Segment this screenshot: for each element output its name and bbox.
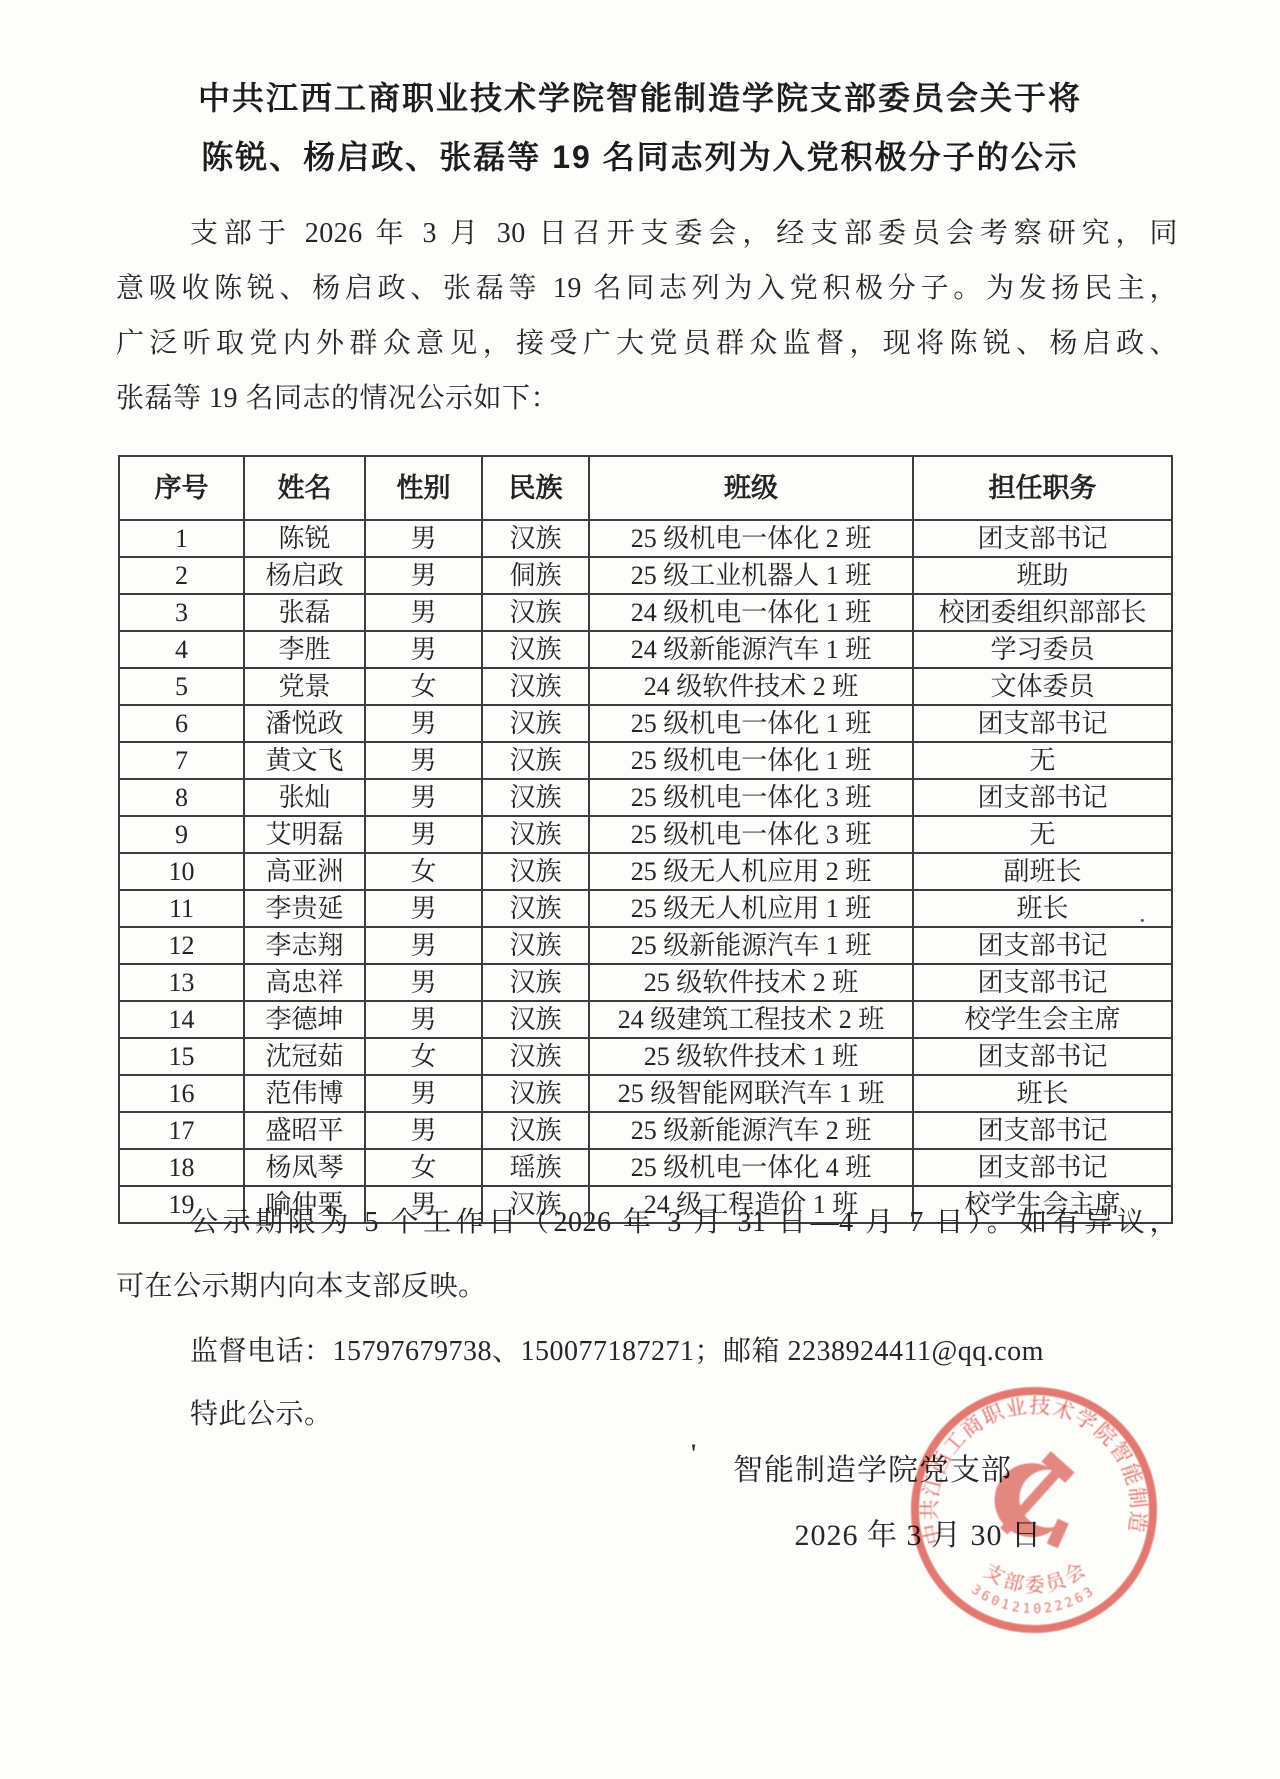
table-cell: 汉族 bbox=[482, 631, 589, 668]
table-cell: 25 级工业机器人 1 班 bbox=[589, 557, 913, 594]
table-cell: 男 bbox=[365, 520, 482, 557]
signature-date: 2026 年 3 月 30 日 bbox=[795, 1521, 1043, 1551]
table-cell: 1 bbox=[119, 520, 244, 557]
table-cell: 汉族 bbox=[482, 742, 589, 779]
table-cell: 男 bbox=[365, 964, 482, 1001]
table-cell: 男 bbox=[365, 1075, 482, 1112]
table-cell: 李德坤 bbox=[244, 1001, 365, 1038]
table-cell: 汉族 bbox=[482, 1075, 589, 1112]
table-cell: 团支部书记 bbox=[913, 1112, 1172, 1149]
table-cell: 副班长 bbox=[913, 853, 1172, 890]
table-cell: 男 bbox=[365, 705, 482, 742]
table-cell: 24 级新能源汽车 1 班 bbox=[589, 631, 913, 668]
table-cell: 25 级机电一体化 1 班 bbox=[589, 705, 913, 742]
table-cell: 25 级新能源汽车 1 班 bbox=[589, 927, 913, 964]
table-cell: 汉族 bbox=[482, 964, 589, 1001]
table-row: 14李德坤男汉族24 级建筑工程技术 2 班校学生会主席 bbox=[119, 1001, 1172, 1038]
table-cell: 25 级机电一体化 3 班 bbox=[589, 779, 913, 816]
body-paragraph-line: 支部于 2026 年 3 月 30 日召开支委会，经支部委员会考察研究，同 bbox=[116, 216, 1178, 251]
table-cell: 女 bbox=[365, 853, 482, 890]
table-cell: 无 bbox=[913, 816, 1172, 853]
table-cell: 团支部书记 bbox=[913, 779, 1172, 816]
table-cell: 团支部书记 bbox=[913, 1149, 1172, 1186]
table-cell: 25 级无人机应用 2 班 bbox=[589, 853, 913, 890]
table-cell: 汉族 bbox=[482, 594, 589, 631]
table-cell: 12 bbox=[119, 927, 244, 964]
table-cell: 25 级智能网联汽车 1 班 bbox=[589, 1075, 913, 1112]
roster-table-body: 1陈锐男汉族25 级机电一体化 2 班团支部书记2杨启政男侗族25 级工业机器人… bbox=[119, 520, 1172, 1223]
table-row: 13高忠祥男汉族25 级软件技术 2 班团支部书记 bbox=[119, 964, 1172, 1001]
table-cell: 男 bbox=[365, 1112, 482, 1149]
table-row: 1陈锐男汉族25 级机电一体化 2 班团支部书记 bbox=[119, 520, 1172, 557]
table-cell: 13 bbox=[119, 964, 244, 1001]
table-cell: 汉族 bbox=[482, 1038, 589, 1075]
table-cell: 汉族 bbox=[482, 705, 589, 742]
table-cell: 校团委组织部部长 bbox=[913, 594, 1172, 631]
table-cell: 瑶族 bbox=[482, 1149, 589, 1186]
table-cell: 25 级软件技术 2 班 bbox=[589, 964, 913, 1001]
table-header-cell: 民族 bbox=[482, 456, 589, 520]
table-cell: 沈冠茹 bbox=[244, 1038, 365, 1075]
table-cell: 班长 bbox=[913, 890, 1172, 927]
table-cell: 盛昭平 bbox=[244, 1112, 365, 1149]
table-header-row: 序号姓名性别民族班级担任职务 bbox=[119, 456, 1172, 520]
table-cell: 25 级机电一体化 4 班 bbox=[589, 1149, 913, 1186]
table-cell: 汉族 bbox=[482, 816, 589, 853]
page-title-line-1: 中共江西工商职业技术学院智能制造学院支部委员会关于将 bbox=[0, 82, 1280, 114]
table-header-cell: 班级 bbox=[589, 456, 913, 520]
table-cell: 4 bbox=[119, 631, 244, 668]
table-cell: 汉族 bbox=[482, 1001, 589, 1038]
table-cell: 汉族 bbox=[482, 520, 589, 557]
table-cell: 7 bbox=[119, 742, 244, 779]
table-cell: 24 级建筑工程技术 2 班 bbox=[589, 1001, 913, 1038]
table-cell: 陈锐 bbox=[244, 520, 365, 557]
table-row: 17盛昭平男汉族25 级新能源汽车 2 班团支部书记 bbox=[119, 1112, 1172, 1149]
table-cell: 汉族 bbox=[482, 1112, 589, 1149]
scanned-announcement-page: 中共江西工商职业技术学院智能制造学院支部委员会关于将 陈锐、杨启政、张磊等 19… bbox=[0, 0, 1280, 1779]
table-cell: 校学生会主席 bbox=[913, 1001, 1172, 1038]
table-cell: 25 级无人机应用 1 班 bbox=[589, 890, 913, 927]
table-cell: 男 bbox=[365, 594, 482, 631]
table-cell: 男 bbox=[365, 890, 482, 927]
table-cell: 汉族 bbox=[482, 853, 589, 890]
table-cell: 团支部书记 bbox=[913, 705, 1172, 742]
hereby-line: 特此公示。 bbox=[116, 1397, 1178, 1432]
table-cell: 张灿 bbox=[244, 779, 365, 816]
table-row: 15沈冠茹女汉族25 级软件技术 1 班团支部书记 bbox=[119, 1038, 1172, 1075]
body-paragraph-line: 意吸收陈锐、杨启政、张磊等 19 名同志列为入党积极分子。为发扬民主， bbox=[116, 271, 1178, 306]
table-cell: 3 bbox=[119, 594, 244, 631]
table-cell: 男 bbox=[365, 927, 482, 964]
scan-artifact-dot: · bbox=[1138, 908, 1147, 934]
table-cell: 25 级新能源汽车 2 班 bbox=[589, 1112, 913, 1149]
table-row: 16范伟博男汉族25 级智能网联汽车 1 班班长 bbox=[119, 1075, 1172, 1112]
table-cell: 李胜 bbox=[244, 631, 365, 668]
table-row: 10高亚洲女汉族25 级无人机应用 2 班副班长 bbox=[119, 853, 1172, 890]
table-cell: 女 bbox=[365, 668, 482, 705]
table-cell: 女 bbox=[365, 1149, 482, 1186]
table-cell: 侗族 bbox=[482, 557, 589, 594]
table-cell: 高亚洲 bbox=[244, 853, 365, 890]
contact-line: 监督电话：15797679738、150077187271；邮箱 2238924… bbox=[116, 1334, 1178, 1369]
table-row: 11李贵延男汉族25 级无人机应用 1 班班长 bbox=[119, 890, 1172, 927]
table-cell: 25 级机电一体化 3 班 bbox=[589, 816, 913, 853]
page-title-line-2: 陈锐、杨启政、张磊等 19 名同志列为入党积极分子的公示 bbox=[0, 141, 1280, 173]
table-cell: 24 级软件技术 2 班 bbox=[589, 668, 913, 705]
table-cell: 无 bbox=[913, 742, 1172, 779]
table-cell: 8 bbox=[119, 779, 244, 816]
table-cell: 2 bbox=[119, 557, 244, 594]
closing-period-line-2: 可在公示期内向本支部反映。 bbox=[116, 1269, 1178, 1304]
table-row: 5党景女汉族24 级软件技术 2 班文体委员 bbox=[119, 668, 1172, 705]
table-cell: 团支部书记 bbox=[913, 1038, 1172, 1075]
table-cell: 汉族 bbox=[482, 668, 589, 705]
table-cell: 25 级软件技术 1 班 bbox=[589, 1038, 913, 1075]
table-cell: 班长 bbox=[913, 1075, 1172, 1112]
table-cell: 6 bbox=[119, 705, 244, 742]
table-row: 2杨启政男侗族25 级工业机器人 1 班班助 bbox=[119, 557, 1172, 594]
table-row: 12李志翔男汉族25 级新能源汽车 1 班团支部书记 bbox=[119, 927, 1172, 964]
body-paragraph-line: 张磊等 19 名同志的情况公示如下： bbox=[116, 381, 1178, 416]
table-cell: 25 级机电一体化 2 班 bbox=[589, 520, 913, 557]
table-cell: 男 bbox=[365, 631, 482, 668]
table-cell: 高忠祥 bbox=[244, 964, 365, 1001]
table-header-cell: 性别 bbox=[365, 456, 482, 520]
table-cell: 14 bbox=[119, 1001, 244, 1038]
table-row: 9艾明磊男汉族25 级机电一体化 3 班无 bbox=[119, 816, 1172, 853]
table-cell: 范伟博 bbox=[244, 1075, 365, 1112]
table-cell: 潘悦政 bbox=[244, 705, 365, 742]
table-cell: 9 bbox=[119, 816, 244, 853]
table-cell: 17 bbox=[119, 1112, 244, 1149]
seal-banner-text: 支部委员会 bbox=[980, 1557, 1092, 1598]
table-cell: 团支部书记 bbox=[913, 520, 1172, 557]
table-header-cell: 姓名 bbox=[244, 456, 365, 520]
table-cell: 5 bbox=[119, 668, 244, 705]
table-cell: 男 bbox=[365, 742, 482, 779]
table-cell: 艾明磊 bbox=[244, 816, 365, 853]
table-cell: 男 bbox=[365, 779, 482, 816]
table-cell: 11 bbox=[119, 890, 244, 927]
table-cell: 18 bbox=[119, 1149, 244, 1186]
table-cell: 10 bbox=[119, 853, 244, 890]
table-cell: 黄文飞 bbox=[244, 742, 365, 779]
table-cell: 女 bbox=[365, 1038, 482, 1075]
table-cell: 25 级机电一体化 1 班 bbox=[589, 742, 913, 779]
table-cell: 杨凤琴 bbox=[244, 1149, 365, 1186]
table-cell: 15 bbox=[119, 1038, 244, 1075]
table-cell: 班助 bbox=[913, 557, 1172, 594]
table-cell: 男 bbox=[365, 1001, 482, 1038]
table-cell: 汉族 bbox=[482, 779, 589, 816]
scan-artifact-apostrophe: ' bbox=[690, 1441, 697, 1467]
table-cell: 男 bbox=[365, 557, 482, 594]
table-cell: 张磊 bbox=[244, 594, 365, 631]
table-cell: 男 bbox=[365, 816, 482, 853]
table-cell: 汉族 bbox=[482, 927, 589, 964]
table-row: 4李胜男汉族24 级新能源汽车 1 班学习委员 bbox=[119, 631, 1172, 668]
table-header-cell: 担任职务 bbox=[913, 456, 1172, 520]
table-row: 6潘悦政男汉族25 级机电一体化 1 班团支部书记 bbox=[119, 705, 1172, 742]
table-row: 7黄文飞男汉族25 级机电一体化 1 班无 bbox=[119, 742, 1172, 779]
table-cell: 文体委员 bbox=[913, 668, 1172, 705]
table-cell: 杨启政 bbox=[244, 557, 365, 594]
table-cell: 团支部书记 bbox=[913, 927, 1172, 964]
table-cell: 16 bbox=[119, 1075, 244, 1112]
table-row: 3张磊男汉族24 级机电一体化 1 班校团委组织部部长 bbox=[119, 594, 1172, 631]
table-cell: 李贵延 bbox=[244, 890, 365, 927]
table-cell: 团支部书记 bbox=[913, 964, 1172, 1001]
table-row: 18杨凤琴女瑶族25 级机电一体化 4 班团支部书记 bbox=[119, 1149, 1172, 1186]
closing-period-line-1: 公示期限为 5 个工作日（2026 年 3 月 31 日—4 月 7 日）。如有… bbox=[116, 1205, 1178, 1240]
table-cell: 24 级机电一体化 1 班 bbox=[589, 594, 913, 631]
table-cell: 汉族 bbox=[482, 890, 589, 927]
table-row: 8张灿男汉族25 级机电一体化 3 班团支部书记 bbox=[119, 779, 1172, 816]
table-cell: 学习委员 bbox=[913, 631, 1172, 668]
signature-org: 智能制造学院党支部 bbox=[733, 1456, 1012, 1486]
table-cell: 李志翔 bbox=[244, 927, 365, 964]
table-header-cell: 序号 bbox=[119, 456, 244, 520]
body-paragraph-line: 广泛听取党内外群众意见，接受广大党员群众监督，现将陈锐、杨启政、 bbox=[116, 326, 1178, 361]
candidate-roster-table: 序号姓名性别民族班级担任职务 1陈锐男汉族25 级机电一体化 2 班团支部书记2… bbox=[118, 455, 1173, 1224]
table-cell: 党景 bbox=[244, 668, 365, 705]
